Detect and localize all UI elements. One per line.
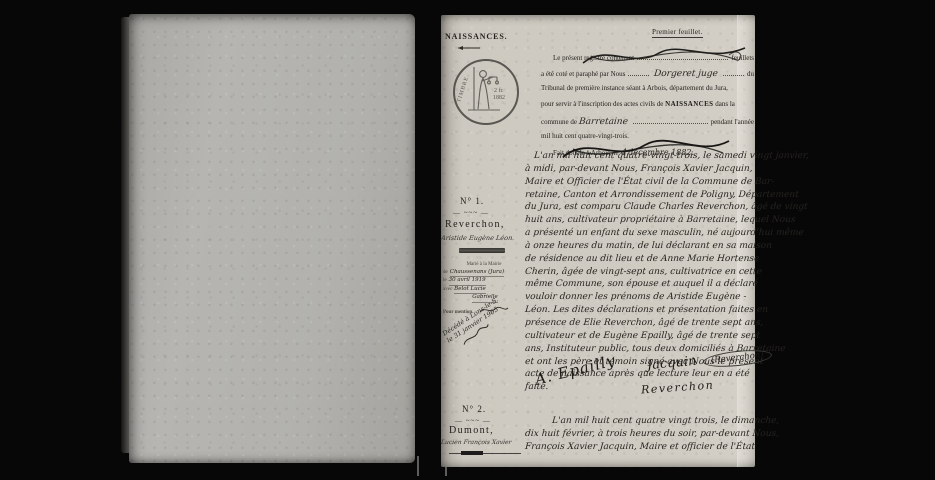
act-text-line: a présenté un enfant du sexe masculin, n… [525, 227, 760, 240]
mention-print: le [443, 277, 447, 285]
ornament-arrow-icon [457, 45, 481, 51]
preamble-text: Tribunal de première instance séant à Ar… [541, 84, 728, 92]
preamble-text: pour servir à l'inscription des actes ci… [541, 100, 663, 108]
act-text-line: huit ans, cultivateur propriétaire à Bar… [525, 214, 760, 227]
act-text-line: à onze heures du matin, de lui déclarant… [525, 240, 760, 253]
margin-ornament: — ~~~ — [455, 417, 491, 425]
handwritten-commune: Barretaine [576, 117, 630, 127]
act-forenames: Aristide Eugène Léon. [440, 234, 514, 242]
handwritten-judge-name: Dorgeret juge [652, 69, 721, 79]
act-text-line: François Xavier Jacquin, Maire et offici… [525, 441, 760, 454]
preamble-text: dans la [715, 100, 735, 108]
mention-line: le 30 avril 1919 [443, 277, 527, 286]
act-text-line: Cherin, âgée de vingt-sept ans, cultivat… [525, 266, 760, 279]
act-surname: Dumont, [449, 425, 494, 436]
preamble-line: a été coté et paraphé par Nous Dorgeret … [541, 68, 754, 84]
mention-handwriting: 30 avril 1919 [449, 277, 486, 286]
mention-print: Marié à la Mairie [467, 261, 502, 269]
fill-in-dots [628, 68, 649, 76]
act-surname: Reverchon, [445, 219, 505, 230]
act-number: N° 2. [462, 404, 486, 414]
fill-in-dots [633, 116, 708, 124]
justice-figure-icon: 2 fr. 1882 TIMBRE [453, 59, 515, 121]
preamble-text: du [747, 70, 754, 78]
preamble-text: Le présent registre contenant [553, 54, 634, 62]
margin-rule [449, 453, 521, 454]
mention-handwriting: Belot Lucie [454, 286, 486, 295]
page-title: NAISSANCES. [445, 32, 508, 41]
act-text-line: présence de Elie Reverchon, âgé de trent… [525, 317, 760, 330]
left-blank-page [129, 14, 415, 463]
act-text-line: L'an mil huit cent quatre-vingt-trois, l… [525, 150, 760, 163]
act-number: N° 1. [460, 196, 484, 206]
act-text-line: de résidence au dit lieu et de Anne Mari… [525, 253, 760, 266]
mention-handwriting: Chaussenans (Jura) [450, 269, 504, 278]
margin-ornament: — ~~~ — [453, 209, 489, 217]
register-page: NAISSANCES. Premier feuillet. [441, 15, 755, 467]
scanned-register-spread: NAISSANCES. Premier feuillet. [0, 0, 935, 480]
fill-in-dots [637, 52, 728, 60]
stamp-year: 1882 [493, 95, 505, 101]
preamble-line: Le présent registre contenant feuillets [541, 52, 754, 68]
margin-bar [459, 248, 505, 253]
act-text-line: Léon. Les dites déclarations et présenta… [525, 304, 760, 317]
act-text-line: vouloir donner les prénoms de Aristide E… [525, 291, 760, 304]
mention-print: de [443, 269, 448, 277]
preamble-line: pour servir à l'inscription des actes ci… [541, 100, 754, 116]
mention-line: Marié à la Mairie [443, 261, 527, 269]
stamp-band: TIMBRE [456, 76, 470, 103]
act-text-line: Maire et Officier de l'État civil de la … [525, 176, 760, 189]
preamble-text: commune de [541, 118, 577, 126]
page-edge-mark [417, 456, 419, 476]
preamble-text: feuillets [731, 54, 754, 62]
act-text-line: cultivateur et de Eugène Epailly, âgé de… [525, 330, 760, 343]
act-body-text: L'an mil huit cent quatre vingt trois, l… [525, 415, 759, 454]
preamble-text-bold: NAISSANCES [665, 100, 713, 108]
preamble-text: pendant l'année [711, 118, 754, 126]
margin-bar [461, 451, 483, 455]
act-text-line: à midi, par-devant Nous, François Xavier… [525, 163, 760, 176]
act-text-line: dix huit février, à trois heures du soir… [525, 428, 760, 441]
act-forenames: Lucien François Xavier [441, 439, 512, 446]
mention-line: de Chaussenans (Jura) [443, 269, 527, 278]
revenue-stamp: 2 fr. 1882 TIMBRE [453, 59, 519, 125]
preamble-text: a été coté et paraphé par Nous [541, 70, 625, 78]
act-text-line: même Commune, son épouse et auquel il a … [525, 278, 760, 291]
mention-print: avec [443, 286, 452, 294]
preamble-line: Tribunal de première instance séant à Ar… [541, 84, 754, 100]
fill-in-dots [723, 68, 744, 76]
act-text-line: du Jura, est comparu Claude Charles Reve… [525, 201, 760, 214]
act-text-line: retaine, Canton et Arrondissement de Pol… [525, 189, 760, 202]
act-text-line: L'an mil huit cent quatre vingt trois, l… [525, 415, 760, 428]
stamp-value: 2 fr. [494, 87, 504, 94]
